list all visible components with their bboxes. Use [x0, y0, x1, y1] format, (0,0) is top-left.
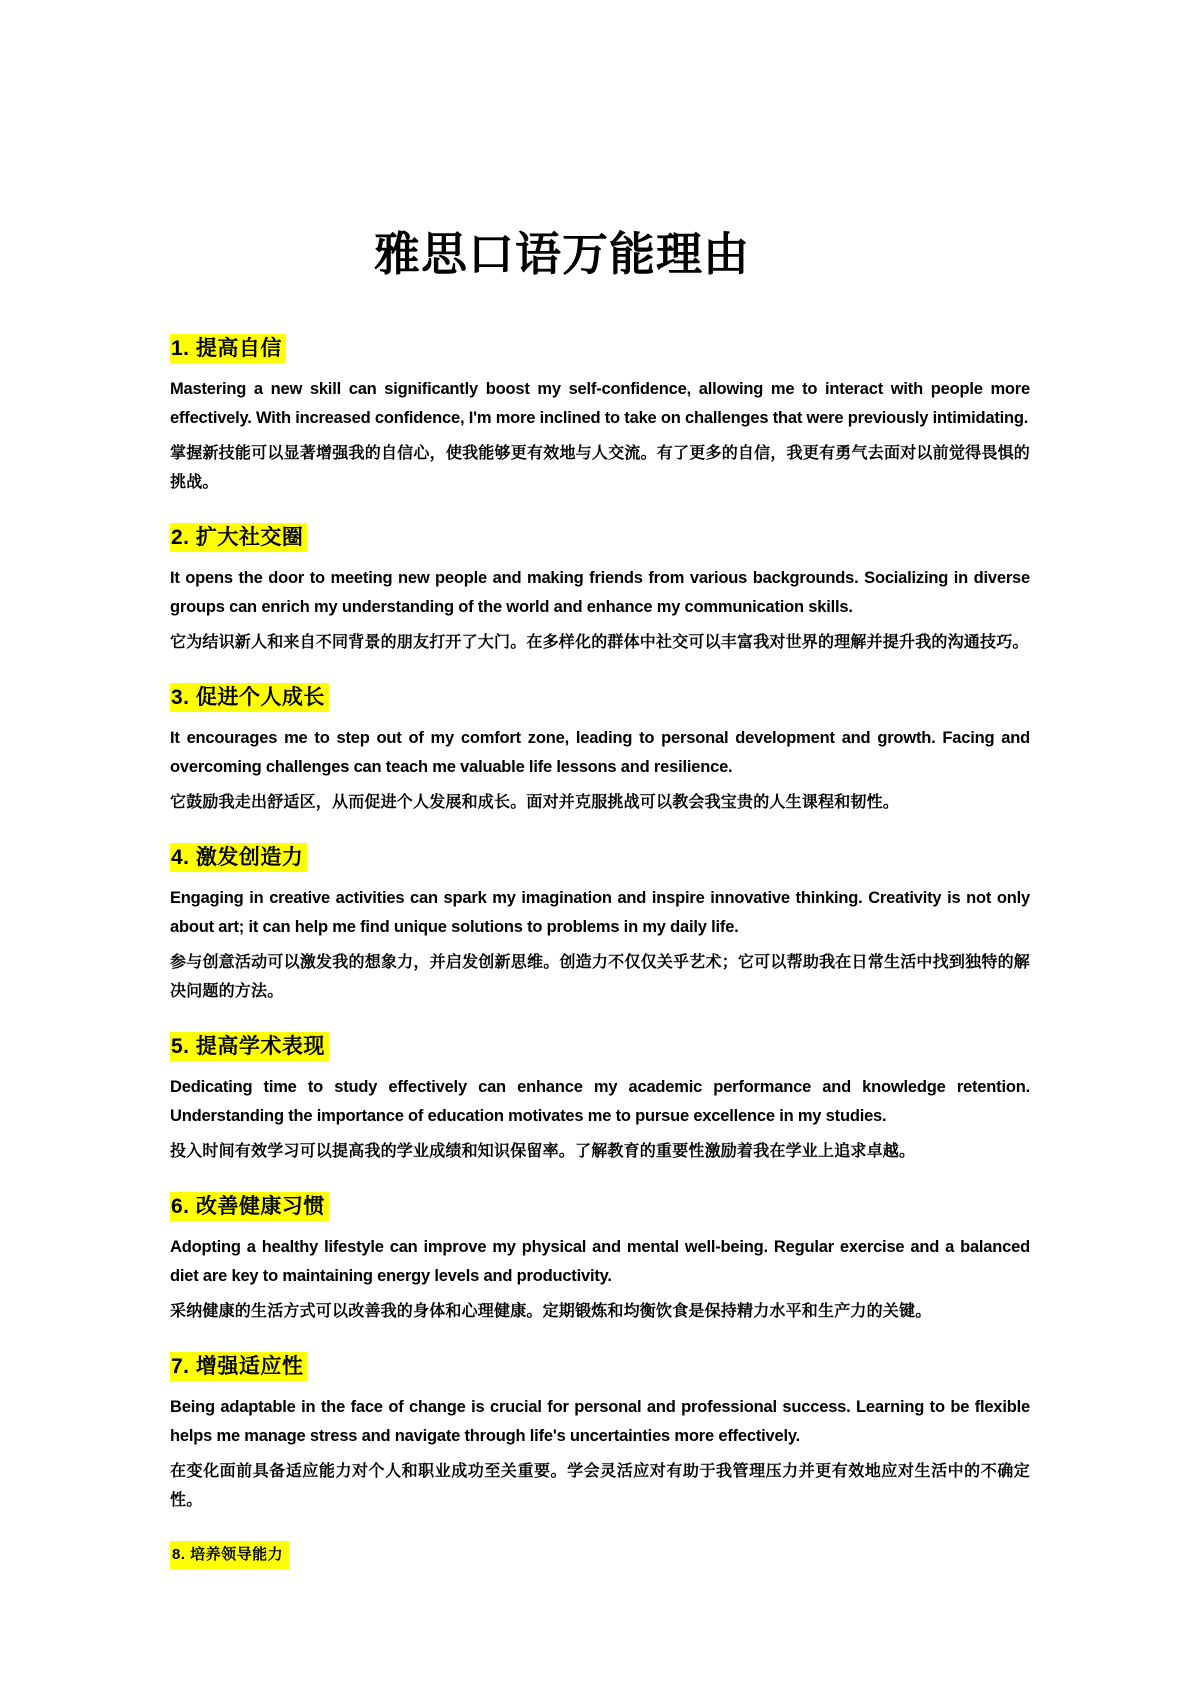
section-2-heading-row: 2. 扩大社交圈: [170, 523, 1030, 552]
section-1: 1. 提高自信 Mastering a new skill can signif…: [170, 334, 1030, 497]
section-6-chinese-paragraph: 采纳健康的生活方式可以改善我的身体和心理健康。定期锻炼和均衡饮食是保持精力水平和…: [170, 1297, 1030, 1326]
section-5-heading-row: 5. 提高学术表现: [170, 1032, 1030, 1061]
section-3-heading: 3. 促进个人成长: [170, 683, 329, 712]
section-4-chinese-paragraph: 参与创意活动可以激发我的想象力，并启发创新思维。创造力不仅仅关乎艺术；它可以帮助…: [170, 948, 1030, 1006]
section-3-chinese-paragraph: 它鼓励我走出舒适区，从而促进个人发展和成长。面对并克服挑战可以教会我宝贵的人生课…: [170, 788, 1030, 817]
document-page: 雅思口语万能理由 1. 提高自信 Mastering a new skill c…: [0, 0, 1200, 1696]
section-7-chinese-paragraph: 在变化面前具备适应能力对个人和职业成功至关重要。学会灵活应对有助于我管理压力并更…: [170, 1457, 1030, 1515]
section-7-heading: 7. 增强适应性: [170, 1352, 307, 1381]
section-2-english-paragraph: It opens the door to meeting new people …: [170, 564, 1030, 622]
section-5-english-paragraph: Dedicating time to study effectively can…: [170, 1073, 1030, 1131]
section-8-heading-row: 8. 培养领导能力: [170, 1541, 1030, 1569]
section-1-heading: 1. 提高自信: [170, 334, 286, 363]
section-6-heading: 6. 改善健康习惯: [170, 1192, 329, 1221]
section-1-english-paragraph: Mastering a new skill can significantly …: [170, 375, 1030, 433]
section-6-english-paragraph: Adopting a healthy lifestyle can improve…: [170, 1233, 1030, 1291]
section-6: 6. 改善健康习惯 Adopting a healthy lifestyle c…: [170, 1192, 1030, 1326]
section-5-heading: 5. 提高学术表现: [170, 1032, 329, 1061]
section-1-heading-row: 1. 提高自信: [170, 334, 1030, 363]
section-8-heading: 8. 培养领导能力: [170, 1541, 289, 1569]
section-2-chinese-paragraph: 它为结识新人和来自不同背景的朋友打开了大门。在多样化的群体中社交可以丰富我对世界…: [170, 628, 1030, 657]
section-3-english-paragraph: It encourages me to step out of my comfo…: [170, 724, 1030, 782]
section-6-heading-row: 6. 改善健康习惯: [170, 1192, 1030, 1221]
section-8: 8. 培养领导能力: [170, 1541, 1030, 1569]
section-2: 2. 扩大社交圈 It opens the door to meeting ne…: [170, 523, 1030, 657]
section-5-chinese-paragraph: 投入时间有效学习可以提高我的学业成绩和知识保留率。了解教育的重要性激励着我在学业…: [170, 1137, 1030, 1166]
section-7-heading-row: 7. 增强适应性: [170, 1352, 1030, 1381]
section-4: 4. 激发创造力 Engaging in creative activities…: [170, 843, 1030, 1006]
section-3: 3. 促进个人成长 It encourages me to step out o…: [170, 683, 1030, 817]
document-title: 雅思口语万能理由: [170, 227, 1030, 282]
section-2-heading: 2. 扩大社交圈: [170, 523, 307, 552]
section-4-english-paragraph: Engaging in creative activities can spar…: [170, 884, 1030, 942]
section-1-chinese-paragraph: 掌握新技能可以显著增强我的自信心，使我能够更有效地与人交流。有了更多的自信，我更…: [170, 439, 1030, 497]
section-7-english-paragraph: Being adaptable in the face of change is…: [170, 1393, 1030, 1451]
section-5: 5. 提高学术表现 Dedicating time to study effec…: [170, 1032, 1030, 1166]
section-3-heading-row: 3. 促进个人成长: [170, 683, 1030, 712]
section-4-heading-row: 4. 激发创造力: [170, 843, 1030, 872]
section-4-heading: 4. 激发创造力: [170, 843, 307, 872]
section-7: 7. 增强适应性 Being adaptable in the face of …: [170, 1352, 1030, 1515]
